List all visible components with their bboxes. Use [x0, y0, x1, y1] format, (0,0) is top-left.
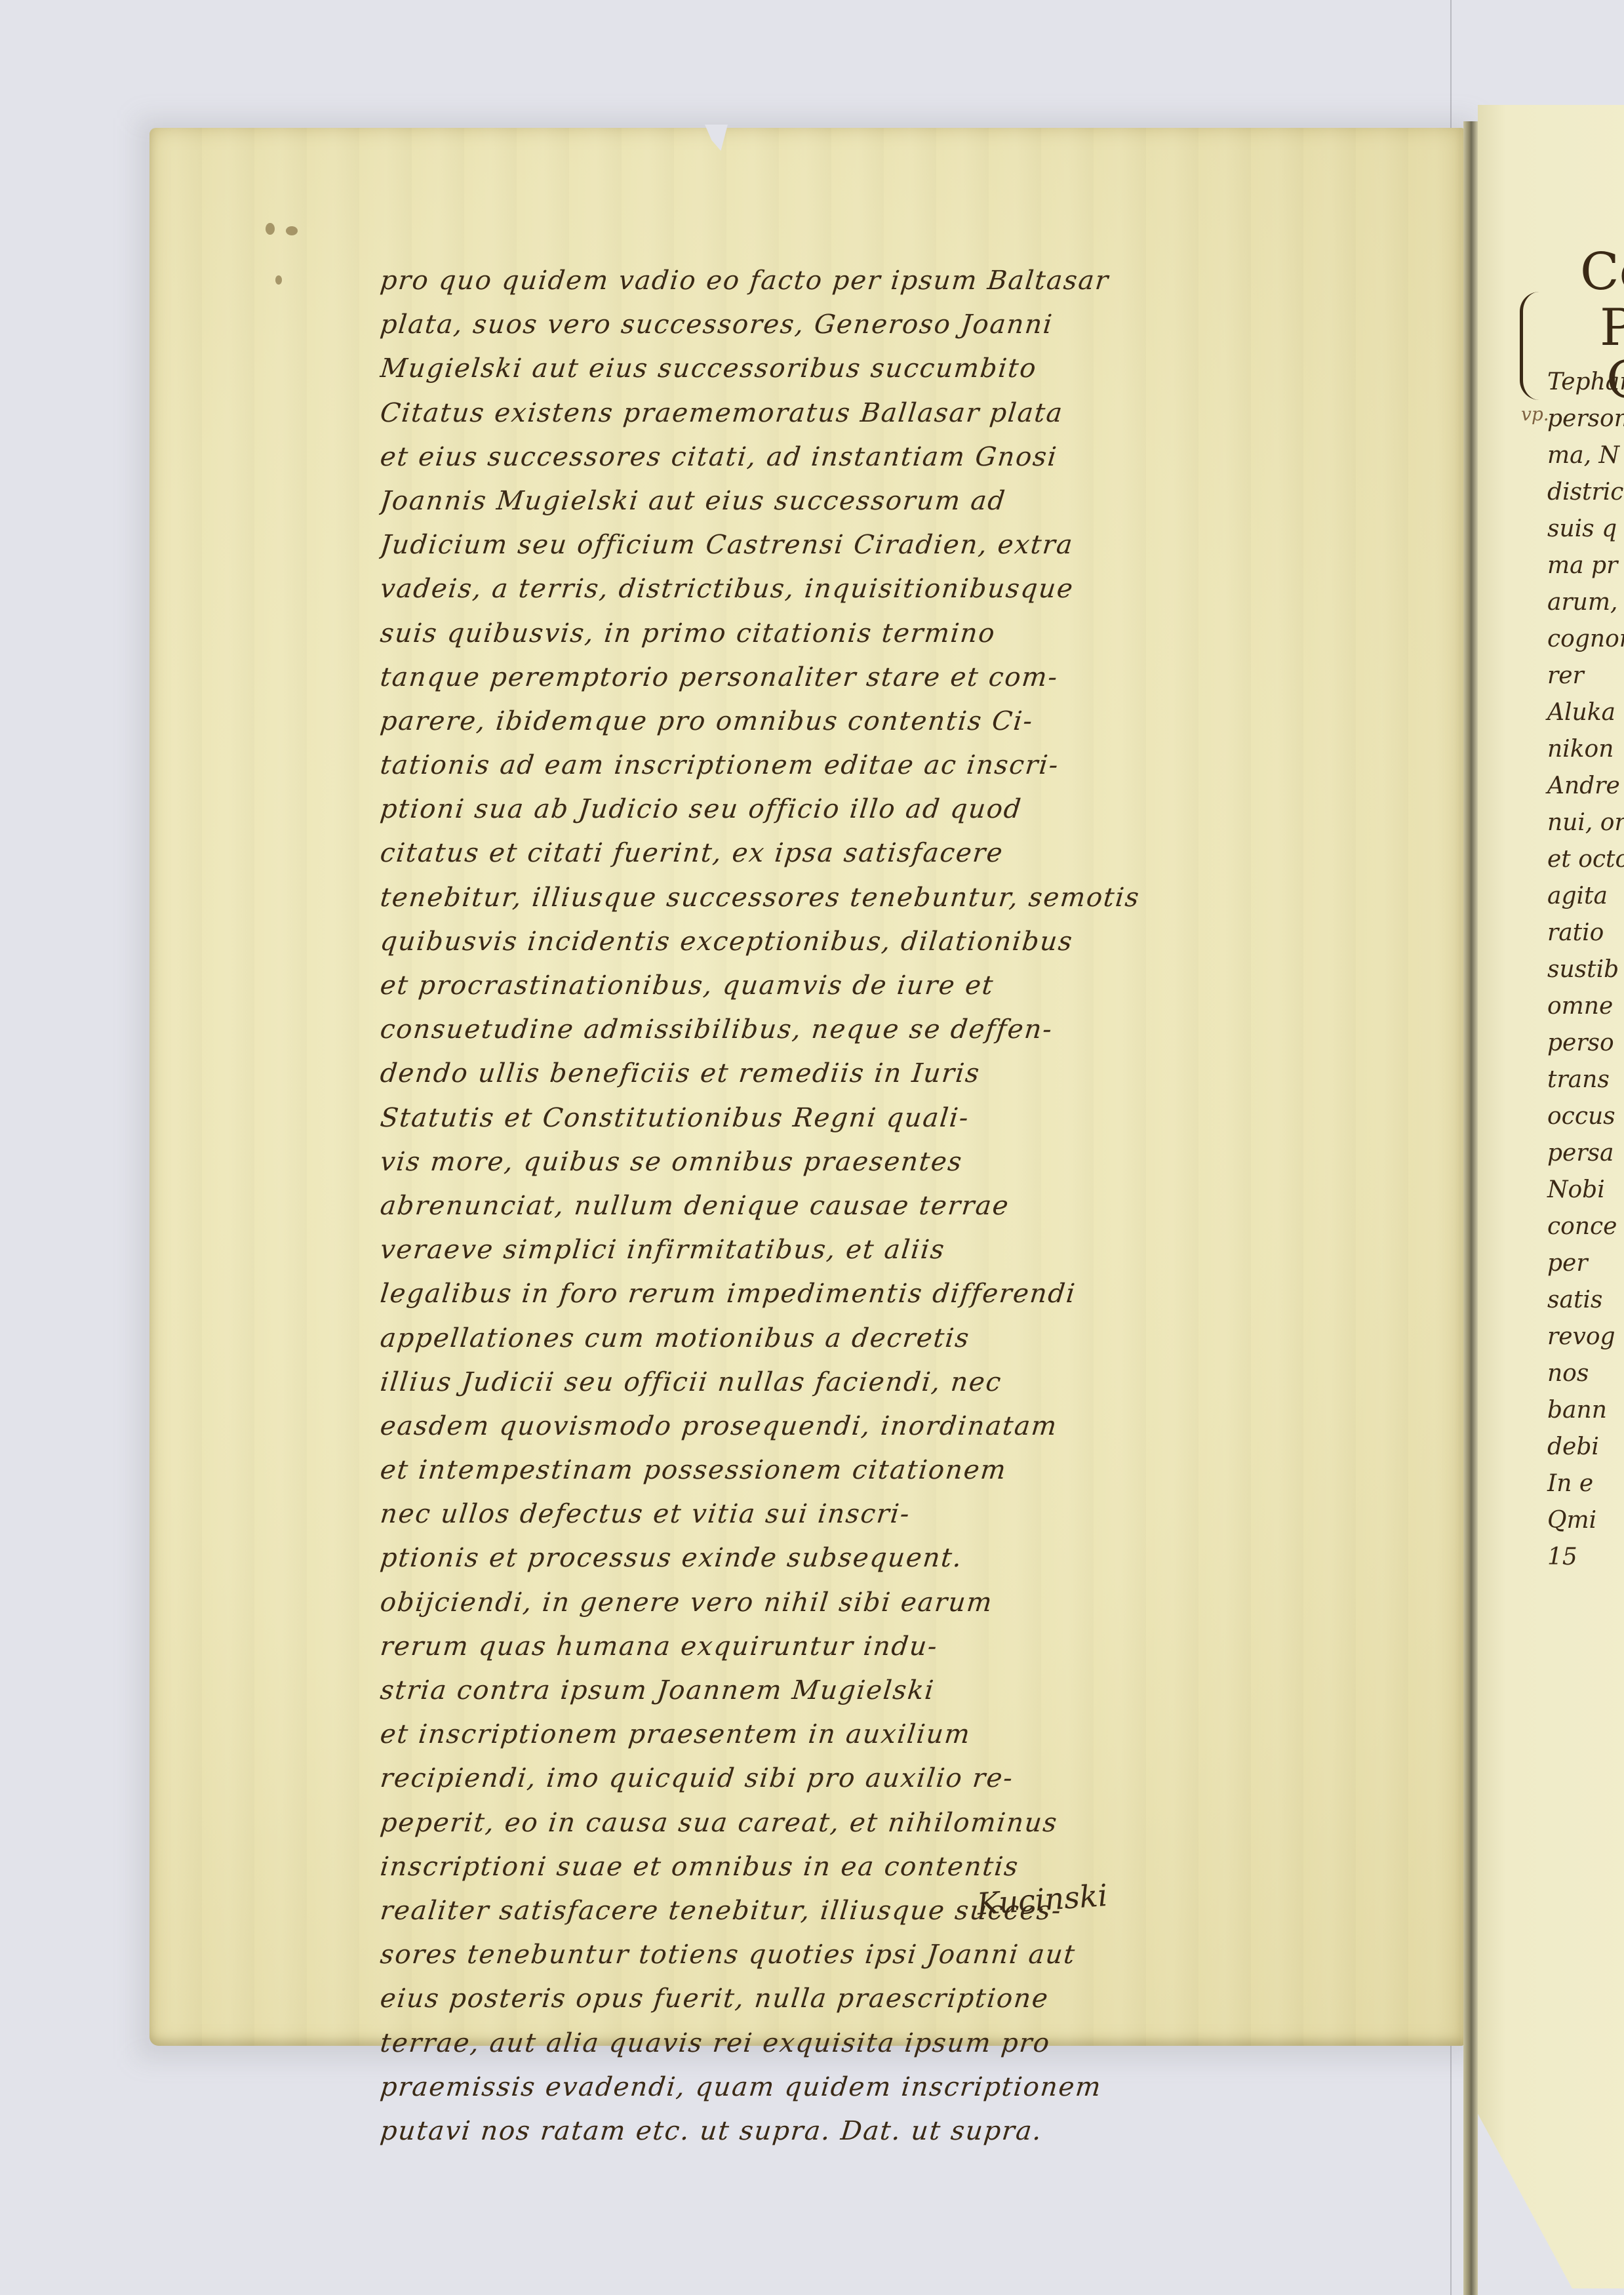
text-line: revog — [1547, 1319, 1624, 1355]
text-line: abrenunciat, nullum denique causae terra… — [378, 1184, 1333, 1228]
text-line: Qmi — [1547, 1502, 1624, 1539]
text-line: citatus et citati fuerint, ex ipsa satis… — [378, 831, 1333, 875]
text-line: rerum quas humana exquiruntur indu- — [378, 1625, 1333, 1669]
text-line: tanque peremptorio personaliter stare et… — [378, 656, 1333, 700]
text-line: inscriptioni suae et omnibus in ea conte… — [378, 1845, 1333, 1889]
text-line: Judicium seu officium Castrensi Ciradien… — [378, 523, 1333, 567]
text-line: Nobi — [1547, 1172, 1624, 1208]
text-line: vadeis, a terris, districtibus, inquisit… — [378, 567, 1333, 611]
text-line: dendo ullis beneficiis et remediis in Iu… — [378, 1052, 1333, 1096]
text-line: parere, ibidemque pro omnibus contentis … — [378, 700, 1333, 744]
text-line: omne — [1547, 988, 1624, 1025]
text-line: pro quo quidem vadio eo facto per ipsum … — [378, 259, 1333, 303]
text-line: nikon — [1547, 731, 1624, 768]
text-line: plata, suos vero successores, Generoso J… — [378, 303, 1333, 347]
text-line: debi — [1547, 1429, 1624, 1466]
text-line: easdem quovismodo prosequendi, inordinat… — [378, 1405, 1333, 1448]
text-line: personam — [1547, 401, 1624, 437]
text-line: suis quibusvis, in primo citationis term… — [378, 612, 1333, 656]
heading-letter: P — [1600, 298, 1624, 357]
text-line: ratio — [1547, 915, 1624, 951]
marginal-note: vp. — [1521, 403, 1549, 425]
text-line: districtib — [1547, 474, 1624, 511]
text-line: ma pr — [1547, 548, 1624, 584]
text-line: Statutis et Constitutionibus Regni quali… — [378, 1096, 1333, 1140]
text-line: per — [1547, 1245, 1624, 1282]
text-line: legalibus in foro rerum impedimentis dif… — [378, 1272, 1333, 1316]
text-line: tationis ad eam inscriptionem editae ac … — [378, 744, 1333, 788]
text-line: Mugielski aut eius successoribus succumb… — [378, 347, 1333, 391]
text-line: bann — [1547, 1392, 1624, 1429]
text-line: consuetudine admissibilibus, neque se de… — [378, 1008, 1333, 1052]
ink-stain — [286, 226, 298, 235]
text-line: rer — [1547, 658, 1624, 694]
text-line: quibusvis incidentis exceptionibus, dila… — [378, 920, 1333, 964]
text-line: stria contra ipsum Joannem Mugielski — [378, 1669, 1333, 1713]
text-line: trans — [1547, 1062, 1624, 1098]
text-line: satis — [1547, 1282, 1624, 1319]
text-line: persa — [1547, 1135, 1624, 1172]
text-line: et intempestinam possessionem citationem — [378, 1448, 1333, 1492]
text-line: Joannis Mugielski aut eius successorum a… — [378, 479, 1333, 523]
bracket-mark — [1520, 292, 1543, 400]
text-line: Aluka — [1547, 694, 1624, 731]
text-line: sustib — [1547, 951, 1624, 988]
text-line: et octo — [1547, 841, 1624, 878]
text-line: et inscriptionem praesentem in auxilium — [378, 1713, 1333, 1757]
text-line: eius posteris opus fuerit, nulla praescr… — [378, 1977, 1333, 2021]
text-line: Andre — [1547, 768, 1624, 805]
text-line: conce — [1547, 1208, 1624, 1245]
book-gutter — [1463, 121, 1478, 2295]
heading-letter: Co — [1580, 243, 1624, 302]
text-line: recipiendi, imo quicquid sibi pro auxili… — [378, 1757, 1333, 1801]
text-line: veraeve simplici infirmitatibus, et alii… — [378, 1228, 1333, 1272]
text-line: agita — [1547, 878, 1624, 915]
text-line: praemissis evadendi, quam quidem inscrip… — [378, 2065, 1333, 2109]
ink-stain — [275, 275, 282, 285]
text-line: illius Judicii seu officii nullas facien… — [378, 1361, 1333, 1405]
text-line: sores tenebuntur totiens quoties ipsi Jo… — [378, 1933, 1333, 1977]
text-line: suis q — [1547, 511, 1624, 548]
text-line: ma, N — [1547, 437, 1624, 474]
text-line: putavi nos ratam etc. ut supra. Dat. ut … — [378, 2109, 1333, 2153]
text-line: ptioni sua ab Judicio seu officio illo a… — [378, 788, 1333, 831]
text-line: et eius successores citati, ad instantia… — [378, 435, 1333, 479]
text-line: vis more, quibus se omnibus praesentes — [378, 1140, 1333, 1184]
text-line: 15 — [1547, 1539, 1624, 1576]
text-line: cognom — [1547, 621, 1624, 658]
text-line: nui, or — [1547, 805, 1624, 841]
text-line: realiter satisfacere tenebitur, illiusqu… — [378, 1889, 1333, 1933]
ink-stain — [266, 223, 275, 235]
text-line: terrae, aut alia quavis rei exquisita ip… — [378, 2022, 1333, 2065]
text-line: arum, p — [1547, 584, 1624, 621]
text-line: ptionis et processus exinde subsequent. — [378, 1536, 1333, 1580]
text-line: appellationes cum motionibus a decretis — [378, 1317, 1333, 1361]
manuscript-text: pro quo quidem vadio eo facto per ipsum … — [380, 259, 1331, 2153]
text-line: occus — [1547, 1098, 1624, 1135]
text-line: obijciendi, in genere vero nihil sibi ea… — [378, 1581, 1333, 1625]
text-line: In e — [1547, 1466, 1624, 1502]
right-page-text: Tepham personam ma, N districtib suis q … — [1547, 364, 1624, 1576]
text-line: tenebitur, illiusque successores tenebun… — [378, 876, 1333, 920]
text-line: perso — [1547, 1025, 1624, 1062]
text-line: peperit, eo in causa sua careat, et nihi… — [378, 1801, 1333, 1845]
text-line: et procrastinationibus, quamvis de iure … — [378, 964, 1333, 1008]
text-line: nos — [1547, 1355, 1624, 1392]
text-line: Citatus existens praememoratus Ballasar … — [378, 391, 1333, 435]
text-line: Tepham — [1547, 364, 1624, 401]
text-line: nec ullos defectus et vitia sui inscri- — [378, 1492, 1333, 1536]
